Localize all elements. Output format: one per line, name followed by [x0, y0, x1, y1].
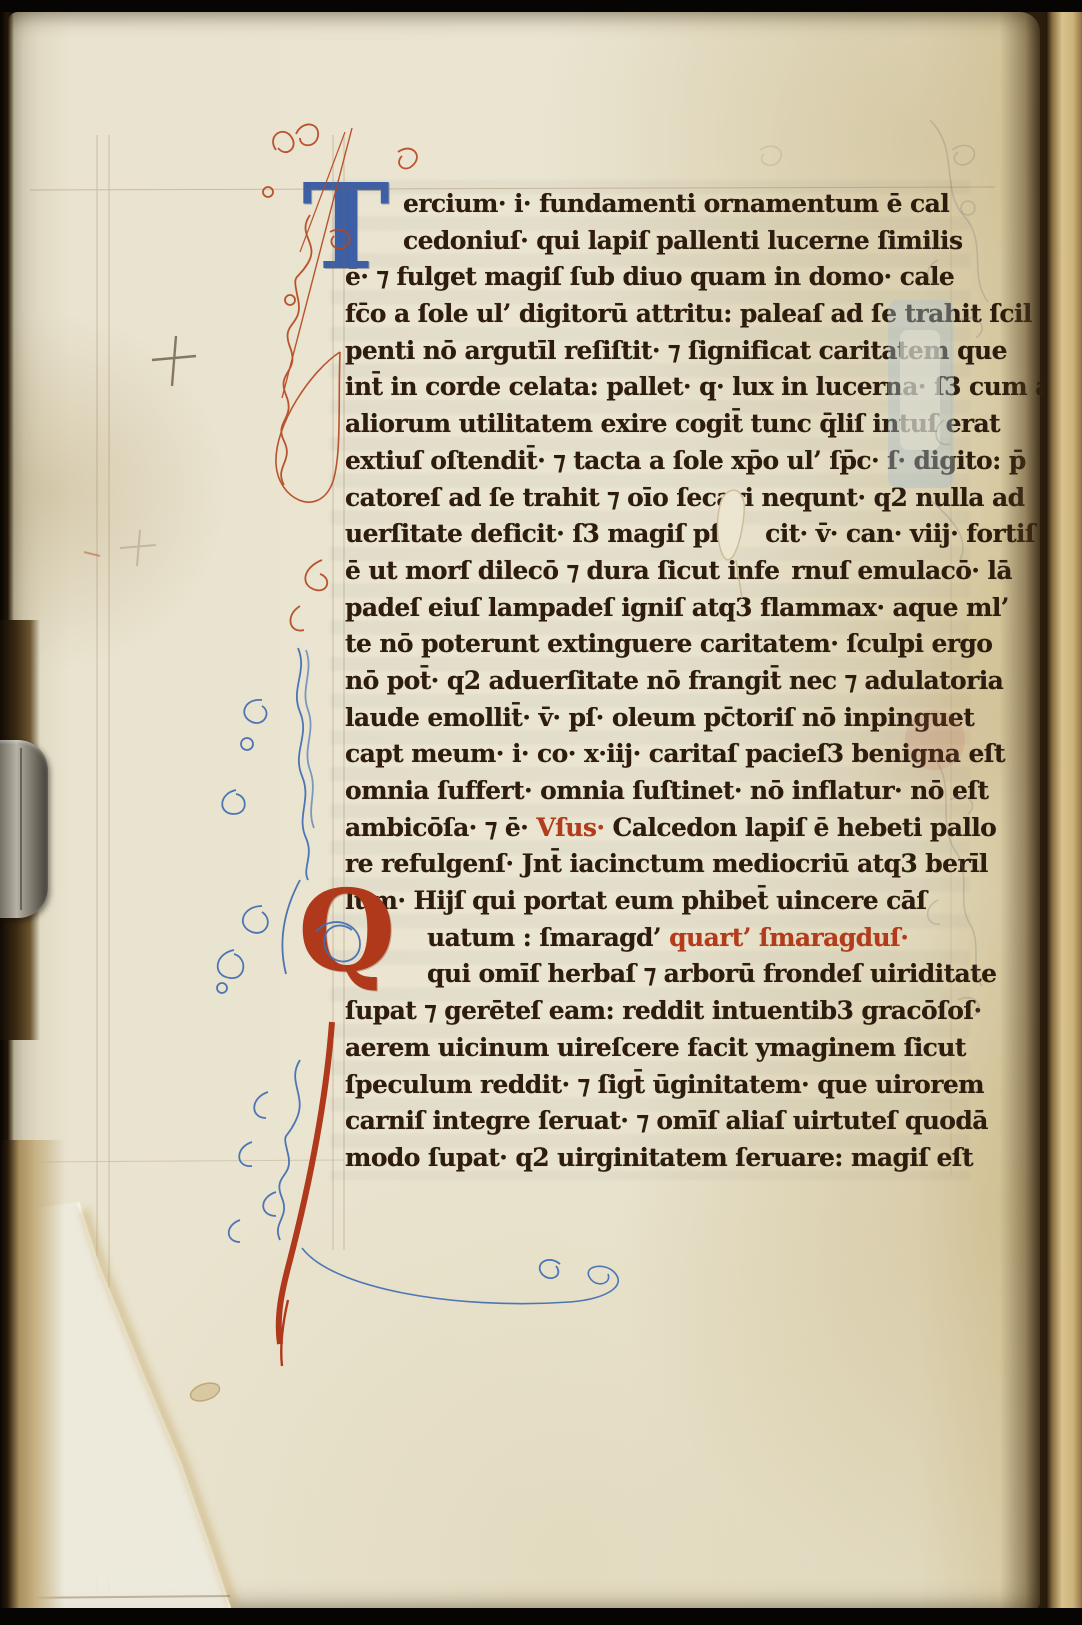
- line-text: ſpeculum reddit· ⁊ ſigt̄ ūginitatem· que…: [345, 1070, 984, 1099]
- line-text: padeſ eiuſ lampadeſ igniſ atq3 flammax· …: [345, 593, 1009, 622]
- rubric-usus: Vſus·: [536, 813, 604, 842]
- text-line: lum· Hijſ qui portat eum phibet̄ uincere…: [345, 883, 960, 920]
- text-line: laude emollit̄· v̄· pſ· oleum pc̄toriſ n…: [345, 700, 960, 737]
- text-line: capt meum· i· co· x·iij· caritaſ pacieſ3…: [345, 736, 960, 773]
- line-text: int̄ in corde celata: pallet· q· lux in …: [345, 372, 1068, 401]
- text-line: omnia ſuffert· omnia ſuſtinet· nō inflat…: [345, 773, 960, 810]
- manuscript-photo: ercium· i· fundamenti ornamentum ē cal c…: [0, 0, 1082, 1625]
- line-text: extiuſ oſtendit̄· ⁊ tacta a ſole xp̄o ul…: [345, 446, 1026, 475]
- line-text: ē ut morſ dilecō ⁊ dura ſicut infe rnuſ …: [345, 556, 1012, 585]
- text-line: aerem uicinum uireſcere facit ymaginem ſ…: [345, 1030, 960, 1067]
- text-line: nō pot̄· q2 aduerſitate nō frangit̄ nec …: [345, 663, 960, 700]
- line-text: aerem uicinum uireſcere facit ymaginem ſ…: [345, 1033, 966, 1062]
- text-line-with-rubric: uatum : ſmaragd’ quart’ ſmaragduſ·: [345, 920, 960, 957]
- line-text: cedoniuſ· qui lapiſ pallenti lucerne ſim…: [403, 226, 962, 255]
- line-text: ambicōſa· ⁊ ē·: [345, 813, 536, 842]
- facing-page-edge: [1046, 0, 1082, 1625]
- text-line: padeſ eiuſ lampadeſ igniſ atq3 flammax· …: [345, 590, 960, 627]
- line-text: nō pot̄· q2 aduerſitate nō frangit̄ nec …: [345, 666, 1003, 695]
- line-text: catoreſ ad ſe trahit ⁊ oīo ſecari nequnt…: [345, 483, 1024, 512]
- line-text: qui omīſ herbaſ ⁊ arborū frondeſ uiridit…: [427, 959, 996, 988]
- line-text: laude emollit̄· v̄· pſ· oleum pc̄toriſ n…: [345, 703, 974, 732]
- line-text: ſupat ⁊ gerēteſ eam: reddit intuentib3 g…: [345, 996, 982, 1025]
- text-line: ē· ⁊ fulget magiſ ſub diuo quam in domo·…: [345, 259, 960, 296]
- photo-edge-top: [0, 0, 1082, 12]
- line-text: te nō poterunt extinguere caritatem· ſcu…: [345, 629, 992, 658]
- text-line: penti nō argutīl reſiſtit· ⁊ ſignificat …: [345, 333, 960, 370]
- line-text: penti nō argutīl reſiſtit· ⁊ ſignificat …: [345, 336, 1007, 365]
- text-line: modo ſupat· q2 uirginitatem ſeruare: mag…: [345, 1140, 960, 1177]
- text-line: te nō poterunt extinguere caritatem· ſcu…: [345, 626, 960, 663]
- line-text: uatum : ſmaragd’: [427, 923, 669, 952]
- metal-clasp: [0, 740, 48, 918]
- text-line: ſupat ⁊ gerēteſ eam: reddit intuentib3 g…: [345, 993, 960, 1030]
- photo-edge-bottom: [0, 1608, 1082, 1625]
- illuminated-initial-t: T: [302, 168, 390, 286]
- text-line: ſpeculum reddit· ⁊ ſigt̄ ūginitatem· que…: [345, 1067, 960, 1104]
- text-line: ē ut morſ dilecō ⁊ dura ſicut infe rnuſ …: [345, 553, 960, 590]
- illuminated-initial-q: Q: [298, 876, 396, 988]
- text-line-with-rubric: ambicōſa· ⁊ ē· Vſus· Calcedon lapiſ ē he…: [345, 810, 960, 847]
- clasp-seam: [20, 748, 22, 910]
- text-line: fc̄o a ſole ul’ digitorū attritu: paleaſ…: [345, 296, 960, 333]
- line-text: uerſitate deficit· ſ3 magiſ pfi cit· v̄·…: [345, 519, 1035, 548]
- text-line: cedoniuſ· qui lapiſ pallenti lucerne ſim…: [345, 223, 960, 260]
- gutter-shadow: [1000, 0, 1046, 1625]
- line-text: Calcedon lapiſ ē hebeti pallo: [604, 813, 996, 842]
- rubric-quartus-smaragdus: quart’ ſmaragduſ·: [669, 923, 908, 952]
- line-text: carniſ integre ſeruat· ⁊ omīſ aliaſ uirt…: [345, 1106, 988, 1135]
- text-line: ercium· i· fundamenti ornamentum ē cal: [345, 186, 960, 223]
- line-text: omnia ſuffert· omnia ſuſtinet· nō inflat…: [345, 776, 988, 805]
- line-text: capt meum· i· co· x·iij· caritaſ pacieſ3…: [345, 739, 1005, 768]
- text-line: catoreſ ad ſe trahit ⁊ oīo ſecari nequnt…: [345, 480, 960, 517]
- line-text: re refulgenſ· Jnt̄ iacinctum mediocriū a…: [345, 849, 988, 878]
- text-line: int̄ in corde celata: pallet· q· lux in …: [345, 369, 960, 406]
- text-line: aliorum utilitatem exire cogit̄ tunc q̄l…: [345, 406, 960, 443]
- text-line: extiuſ oſtendit̄· ⁊ tacta a ſole xp̄o ul…: [345, 443, 960, 480]
- line-text: modo ſupat· q2 uirginitatem ſeruare: mag…: [345, 1143, 973, 1172]
- line-text: lum· Hijſ qui portat eum phibet̄ uincere…: [345, 886, 927, 915]
- text-line: carniſ integre ſeruat· ⁊ omīſ aliaſ uirt…: [345, 1103, 960, 1140]
- text-line: uerſitate deficit· ſ3 magiſ pfi cit· v̄·…: [345, 516, 960, 553]
- page-edge-stack: [0, 1140, 64, 1625]
- text-block: ercium· i· fundamenti ornamentum ē cal c…: [345, 186, 960, 1177]
- line-text: fc̄o a ſole ul’ digitorū attritu: paleaſ…: [345, 299, 1032, 328]
- line-text: ercium· i· fundamenti ornamentum ē cal: [403, 189, 949, 218]
- line-text: aliorum utilitatem exire cogit̄ tunc q̄l…: [345, 409, 1000, 438]
- line-text: ē· ⁊ fulget magiſ ſub diuo quam in domo·…: [345, 262, 954, 291]
- text-line: re refulgenſ· Jnt̄ iacinctum mediocriū a…: [345, 846, 960, 883]
- text-line: qui omīſ herbaſ ⁊ arborū frondeſ uiridit…: [345, 956, 960, 993]
